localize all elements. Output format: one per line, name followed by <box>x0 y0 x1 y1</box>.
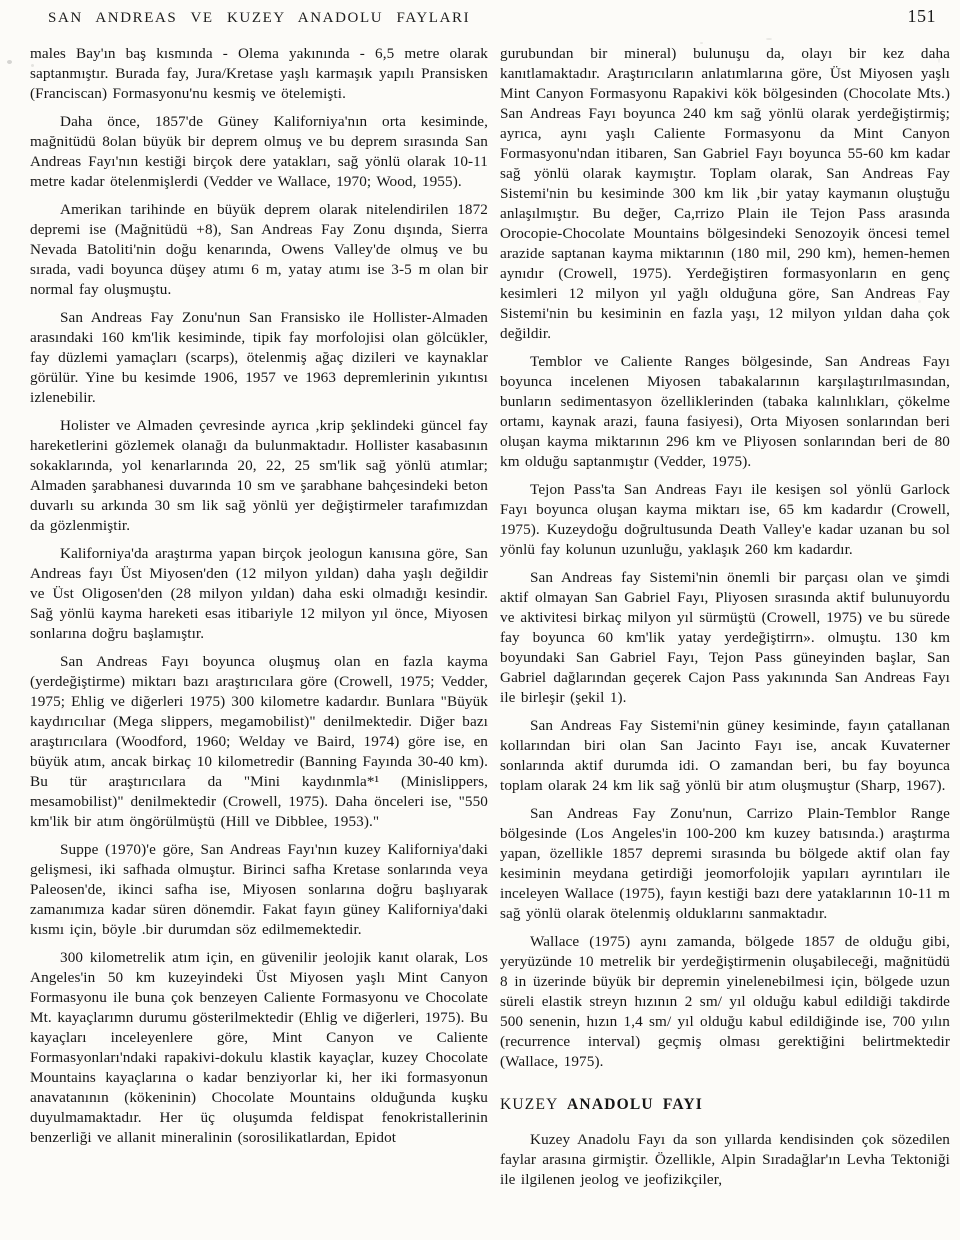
scan-speck <box>766 38 772 40</box>
paragraph: Kuzey Anadolu Fayı da son yıllarda kendi… <box>500 1130 950 1190</box>
paragraph: Holister ve Almaden çevresinde ayrıca ,k… <box>30 416 488 536</box>
paragraph: San Andreas fay Sistemi'nin önemli bir p… <box>500 568 950 708</box>
paragraph: San Andreas Fayı boyunca oluşmuş olan en… <box>30 652 488 832</box>
scan-speck <box>918 300 921 303</box>
section-heading-bold-part: ANADOLU FAYI <box>567 1096 703 1113</box>
paragraph: Wallace (1975) aynı zamanda, bölgede 185… <box>500 932 950 1072</box>
scan-speck <box>588 1014 591 1017</box>
scan-speck <box>938 56 940 63</box>
paragraph: San Andreas Fay Sistemi'nin güney kesimi… <box>500 716 950 796</box>
paragraph: gurubundan bir mineral) bulunuşu da, ola… <box>500 44 950 344</box>
two-column-body: males Bay'ın baş kısmında - Olema yakını… <box>30 44 950 1240</box>
left-column: males Bay'ın baş kısmında - Olema yakını… <box>30 44 488 1240</box>
running-title: SAN ANDREAS VE KUZEY ANADOLU FAYLARI <box>48 10 470 27</box>
document-page: SAN ANDREAS VE KUZEY ANADOLU FAYLARI 151… <box>0 0 960 1240</box>
paragraph: Temblor ve Caliente Ranges bölgesinde, S… <box>500 352 950 472</box>
paragraph: 300 kilometrelik atım için, en güvenilir… <box>30 948 488 1148</box>
paragraph: Amerikan tarihinde en büyük deprem olara… <box>30 200 488 300</box>
paragraph: Kaliforniya'da araştırma yapan birçok je… <box>30 544 488 644</box>
page-header: SAN ANDREAS VE KUZEY ANADOLU FAYLARI 151 <box>0 6 960 27</box>
paragraph: San Andreas Fay Zonu'nun San Fransisko i… <box>30 308 488 408</box>
paragraph: Daha önce, 1857'de Güney Kaliforniya'nın… <box>30 112 488 192</box>
paragraph: Suppe (1970)'e göre, San Andreas Fayı'nı… <box>30 840 488 940</box>
scan-speck <box>7 60 12 64</box>
paragraph: males Bay'ın baş kısmında - Olema yakını… <box>30 44 488 104</box>
paragraph: Tejon Pass'ta San Andreas Fayı ile kesiş… <box>500 480 950 560</box>
paragraph: San Andreas Fay Zonu'nun, Carrizo Plain-… <box>500 804 950 924</box>
section-heading-normal-part: KUZEY <box>500 1096 558 1113</box>
scan-speck <box>31 64 34 67</box>
right-column: gurubundan bir mineral) bulunuşu da, ola… <box>500 44 950 1240</box>
scan-speck <box>700 42 703 44</box>
page-number: 151 <box>908 6 937 27</box>
section-heading-kuzey-anadolu-fayi: KUZEY ANADOLU FAYI <box>500 1096 950 1114</box>
